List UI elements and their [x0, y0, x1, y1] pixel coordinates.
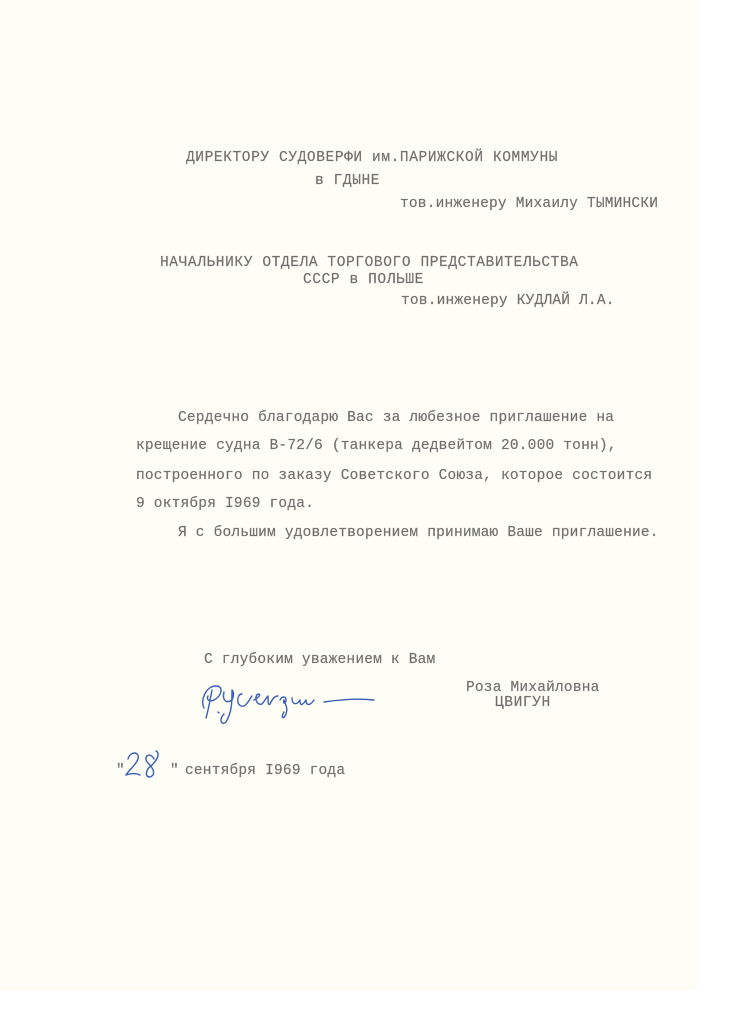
- closing-line: С глубоким уважением к Вам: [204, 652, 435, 668]
- handwritten-day: [118, 745, 178, 785]
- body-p1-line2: крещение судна В-72/6 (танкера дедвейтом…: [136, 438, 617, 454]
- addressee2-attention: тов.инженеру КУДЛАЙ Л.А.: [401, 293, 615, 309]
- date-close-quote: ": [170, 763, 179, 779]
- date-text: сентября I969 года: [185, 763, 345, 779]
- body-p1-line1: Сердечно благодарю Вас за любезное пригл…: [178, 410, 614, 426]
- addressee1-attention: тов.инженеру Михаилу ТЫМИНСКИ: [400, 196, 658, 212]
- signer-surname: ЦВИГУН: [495, 695, 551, 711]
- addressee1-line1: ДИРЕКТОРУ СУДОВЕРФИ им.ПАРИЖСКОЙ КОММУНЫ: [186, 150, 558, 166]
- signer-first-names: Роза Михайловна: [466, 680, 600, 696]
- addressee2-line1: НАЧАЛЬНИКУ ОТДЕЛА ТОРГОВОГО ПРЕДСТАВИТЕЛ…: [160, 255, 579, 271]
- body-p1-line4: 9 октября I969 года.: [136, 496, 314, 512]
- handwritten-signature: [198, 678, 388, 728]
- letter-page: ДИРЕКТОРУ СУДОВЕРФИ им.ПАРИЖСКОЙ КОММУНЫ…: [0, 0, 697, 990]
- addressee1-line2: в ГДЫНЕ: [315, 173, 380, 189]
- addressee2-line2: СССР в ПОЛЬШЕ: [303, 272, 424, 288]
- body-p1-line3: построенного по заказу Советского Союза,…: [136, 468, 652, 484]
- body-p2: Я с большим удовлетворением принимаю Ваш…: [178, 525, 659, 541]
